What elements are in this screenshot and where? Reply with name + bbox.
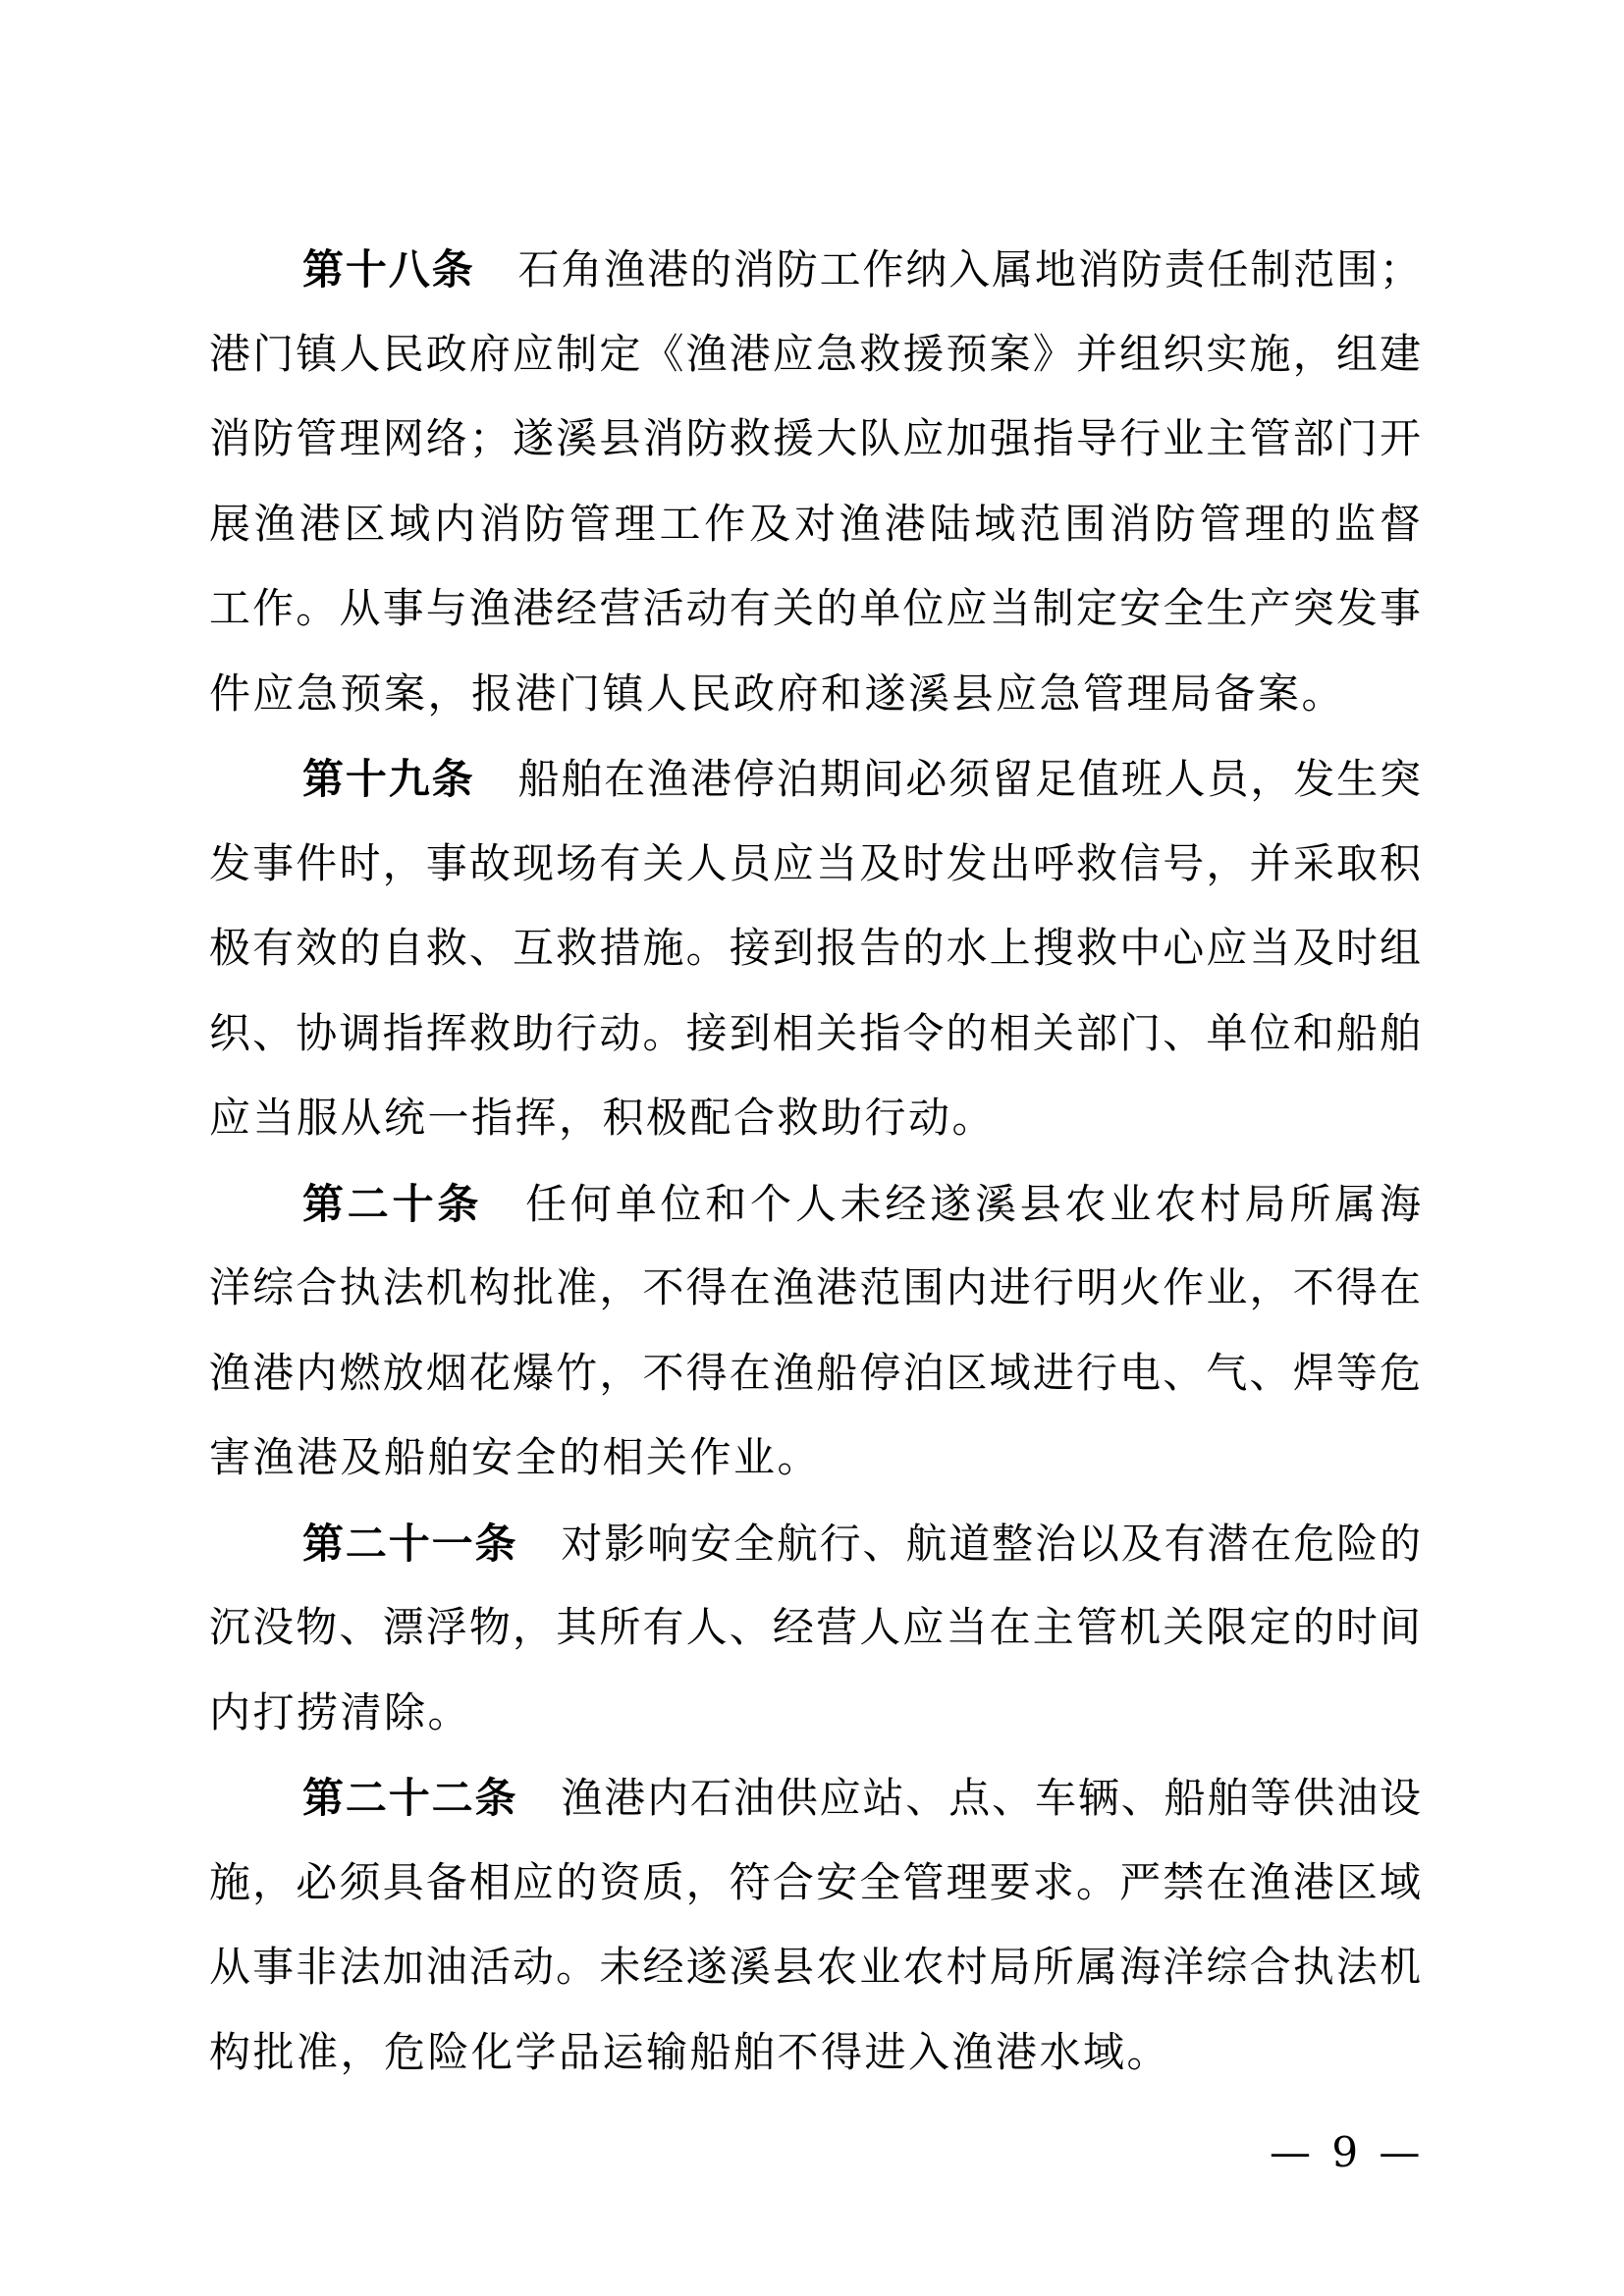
text-line: 害渔港及船舶安全的相关作业。: [209, 1416, 1421, 1502]
text-line: 第二十一条对影响安全航行、航道整治以及有潜在危险的: [209, 1502, 1421, 1587]
text-line: 件应急预案，报港门镇人民政府和遂溪县应急管理局备案。: [209, 653, 1421, 738]
line-text: 任何单位和个人未经遂溪县农业农村局所属海: [525, 1183, 1421, 1228]
text-line: 第十九条船舶在渔港停泊期间必须留足值班人员，发生突: [209, 737, 1421, 823]
text-line: 应当服从统一指挥，积极配合救助行动。: [209, 1077, 1421, 1162]
text-line: 港门镇人民政府应制定《渔港应急救援预案》并组织实施，组建: [209, 313, 1421, 399]
text-line: 第十八条石角渔港的消防工作纳入属地消防责任制范围；: [209, 228, 1421, 313]
text-line: 织、协调指挥救助行动。接到相关指令的相关部门、单位和船舶: [209, 992, 1421, 1078]
article-21-paragraph: 第二十一条对影响安全航行、航道整治以及有潜在危险的 沉没物、漂浮物，其所有人、经…: [209, 1502, 1421, 1757]
text-line: 沉没物、漂浮物，其所有人、经营人应当在主管机关限定的时间: [209, 1586, 1421, 1672]
page-number: — 9 —: [1270, 2128, 1424, 2176]
text-line: 极有效的自救、互救措施。接到报告的水上搜救中心应当及时组: [209, 907, 1421, 992]
article-number: 第十九条: [302, 756, 475, 802]
document-page: 第十八条石角渔港的消防工作纳入属地消防责任制范围； 港门镇人民政府应制定《渔港应…: [0, 0, 1624, 2296]
text-line: 洋综合执法机构批准，不得在渔港范围内进行明火作业，不得在: [209, 1247, 1421, 1332]
article-20-paragraph: 第二十条任何单位和个人未经遂溪县农业农村局所属海 洋综合执法机构批准，不得在渔港…: [209, 1162, 1421, 1502]
text-line: 展渔港区域内消防管理工作及对渔港陆域范围消防管理的监督: [209, 483, 1421, 568]
line-text: 石角渔港的消防工作纳入属地消防责任制范围；: [518, 248, 1421, 294]
article-number: 第二十二条: [302, 1775, 517, 1821]
article-number: 第十八条: [302, 246, 475, 293]
article-19-paragraph: 第十九条船舶在渔港停泊期间必须留足值班人员，发生突 发事件时，事故现场有关人员应…: [209, 737, 1421, 1162]
text-line: 从事非法加油活动。未经遂溪县农业农村局所属海洋综合执法机: [209, 1926, 1421, 2011]
article-number: 第二十一条: [302, 1521, 517, 1567]
line-text: 渔港内石油供应站、点、车辆、船舶等供油设: [561, 1777, 1421, 1822]
text-line: 第二十条任何单位和个人未经遂溪县农业农村局所属海: [209, 1162, 1421, 1248]
text-line: 第二十二条渔港内石油供应站、点、车辆、船舶等供油设: [209, 1756, 1421, 1842]
text-line: 工作。从事与渔港经营活动有关的单位应当制定安全生产突发事: [209, 567, 1421, 653]
line-text: 对影响安全航行、航道整治以及有潜在危险的: [561, 1522, 1421, 1568]
text-line: 施，必须具备相应的资质，符合安全管理要求。严禁在渔港区域: [209, 1842, 1421, 1927]
text-line: 内打捞清除。: [209, 1672, 1421, 1757]
text-line: 渔港内燃放烟花爆竹，不得在渔船停泊区域进行电、气、焊等危: [209, 1332, 1421, 1417]
text-line: 消防管理网络；遂溪县消防救援大队应加强指导行业主管部门开: [209, 398, 1421, 483]
article-22-paragraph: 第二十二条渔港内石油供应站、点、车辆、船舶等供油设 施，必须具备相应的资质，符合…: [209, 1756, 1421, 2096]
document-body: 第十八条石角渔港的消防工作纳入属地消防责任制范围； 港门镇人民政府应制定《渔港应…: [209, 228, 1421, 2096]
article-number: 第二十条: [302, 1181, 482, 1227]
line-text: 船舶在渔港停泊期间必须留足值班人员，发生突: [518, 758, 1421, 803]
article-18-paragraph: 第十八条石角渔港的消防工作纳入属地消防责任制范围； 港门镇人民政府应制定《渔港应…: [209, 228, 1421, 737]
text-line: 构批准，危险化学品运输船舶不得进入渔港水域。: [209, 2011, 1421, 2097]
text-line: 发事件时，事故现场有关人员应当及时发出呼救信号，并采取积: [209, 823, 1421, 908]
